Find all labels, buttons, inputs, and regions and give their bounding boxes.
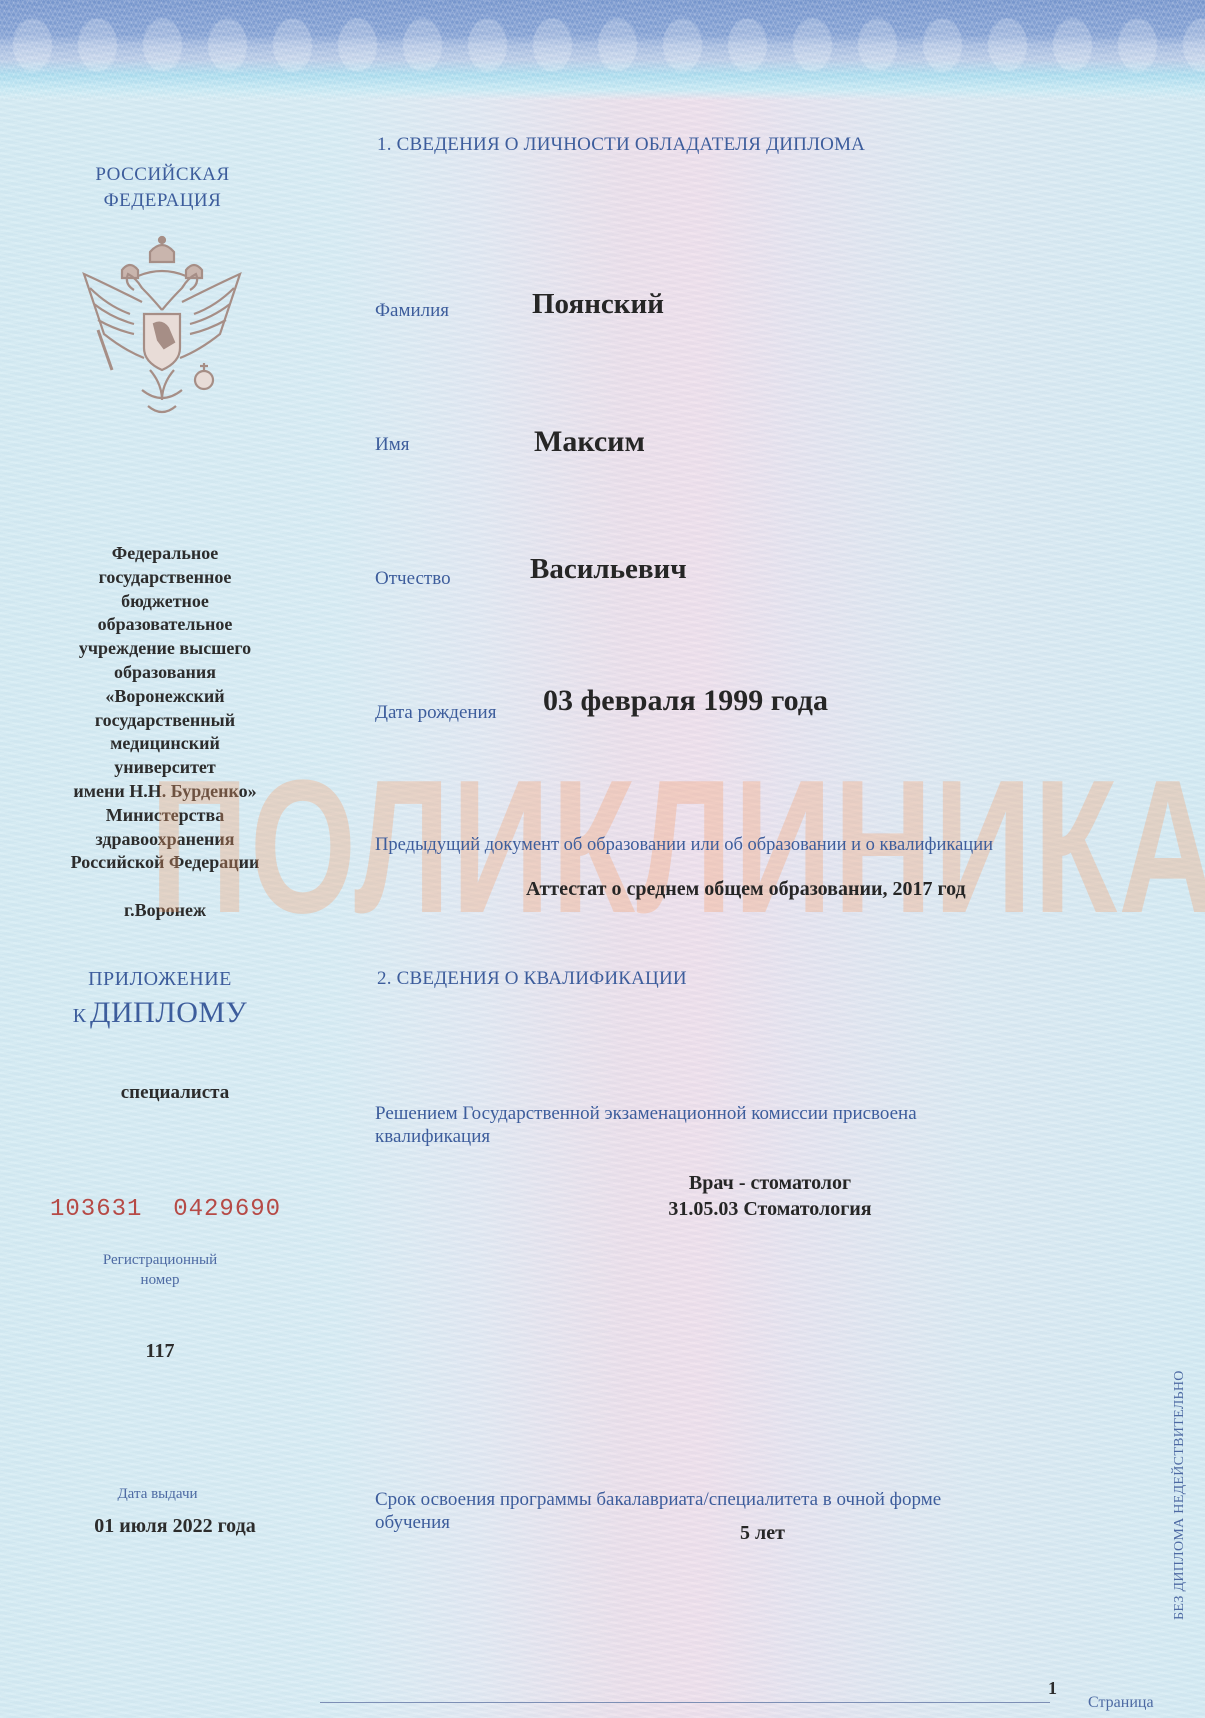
previous-document-value: Аттестат о среднем общем образовании, 20… [526, 878, 966, 901]
footer-divider [320, 1702, 1050, 1703]
qualification-value: Врач - стоматолог 31.05.03 Стоматология [560, 1170, 980, 1222]
registration-number: 117 [100, 1340, 220, 1363]
patronymic-value: Васильевич [530, 553, 687, 586]
annex-title-line1: ПРИЛОЖЕНИЕ [40, 968, 280, 991]
study-term-label: Срок освоения программы бакалавриата/спе… [375, 1488, 941, 1534]
surname-value: Поянский [532, 288, 664, 321]
study-term-value: 5 лет [740, 1522, 785, 1545]
registration-number-label: Регистрационный номер [70, 1250, 250, 1290]
patronymic-label: Отчество [375, 568, 451, 590]
validity-note: БЕЗ ДИПЛОМА НЕДЕЙСТВИТЕЛЬНО [1172, 1370, 1188, 1620]
birth-date-value: 03 февраля 1999 года [543, 684, 828, 718]
previous-document-label: Предыдущий документ об образовании или о… [375, 835, 993, 856]
birth-date-label: Дата рождения [375, 702, 496, 724]
coat-of-arms-icon [72, 230, 252, 425]
serial-number: 103631 0429690 [50, 1196, 290, 1223]
page-label: Страница [1088, 1694, 1154, 1712]
issue-date-label: Дата выдачи [80, 1486, 235, 1503]
qualification-decision-label: Решением Государственной экзаменационной… [375, 1102, 917, 1148]
country-title: РОССИЙСКАЯ ФЕДЕРАЦИЯ [40, 162, 285, 214]
qualification-level: специалиста [40, 1082, 310, 1104]
name-value: Максим [534, 425, 645, 459]
surname-label: Фамилия [375, 300, 449, 322]
annex-title-line2: К ДИПЛОМУ [40, 996, 280, 1030]
section1-title: 1. СВЕДЕНИЯ О ЛИЧНОСТИ ОБЛАДАТЕЛЯ ДИПЛОМ… [377, 134, 865, 156]
name-label: Имя [375, 434, 409, 456]
issue-date: 01 июля 2022 года [60, 1515, 290, 1538]
security-pattern-header [0, 0, 1205, 100]
page-number: 1 [1048, 1678, 1057, 1699]
section2-title: 2. СВЕДЕНИЯ О КВАЛИФИКАЦИИ [377, 968, 687, 990]
